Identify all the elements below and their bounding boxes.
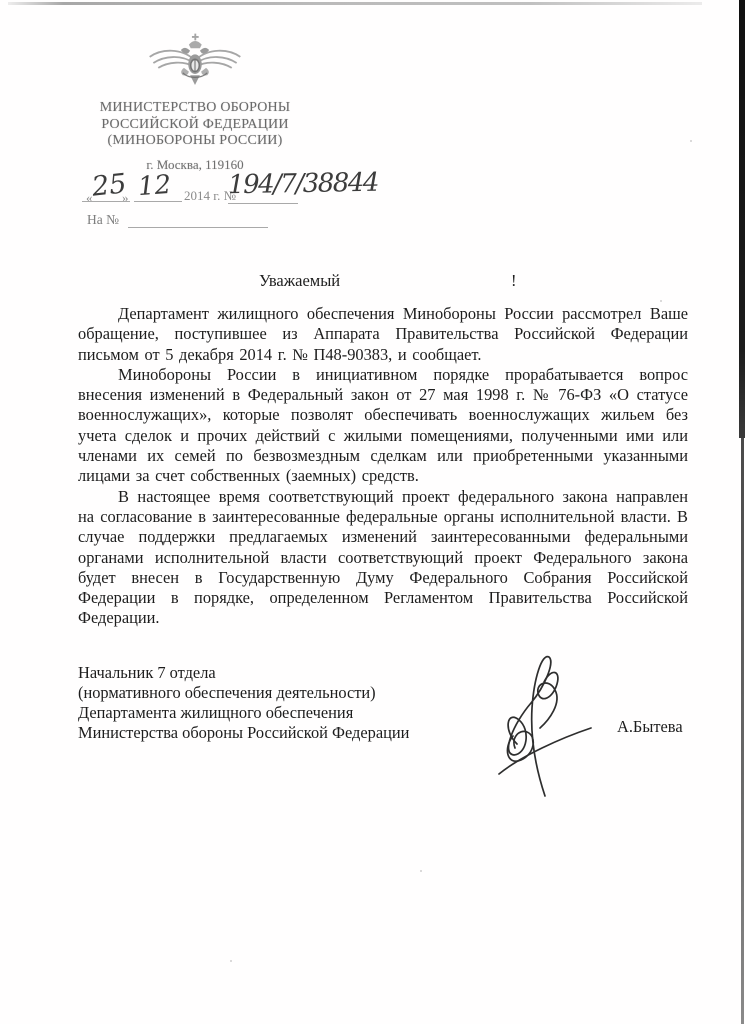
position-line4: Министерства обороны Российской Федераци… [78,723,478,743]
position-line2: (нормативного обеспечения деятельности) [78,683,478,703]
scan-speck [660,300,662,302]
scan-speck [230,960,232,962]
salutation-greeting: Уважаемый [259,271,340,291]
signatory-name: А.Бытева [617,717,683,737]
paragraph-1: Департамент жилищного обеспечения Минобо… [78,304,688,365]
scanned-letter-page: МИНИСТЕРСТВО ОБОРОНЫ РОССИЙСКОЙ ФЕДЕРАЦИ… [0,0,745,1024]
scan-edge-right-strip [739,0,745,438]
reference-underline [128,226,268,228]
position-line1: Начальник 7 отдела [78,663,478,683]
letterhead-org-name: МИНИСТЕРСТВО ОБОРОНЫ РОССИЙСКОЙ ФЕДЕРАЦИ… [63,100,327,150]
scan-speck [690,140,692,142]
handwritten-signature-icon [487,648,605,806]
salutation-line: Уважаемый ! [0,271,745,295]
org-name-line1: МИНИСТЕРСТВО ОБОРОНЫ [63,100,327,117]
position-line3: Департамента жилищного обеспечения [78,703,478,723]
paragraph-3: В настоящее время соответствующий проект… [78,487,688,629]
date-number-line: « 25 » 12 2014 г. № 194/7/38844 [0,170,420,210]
scan-speck [420,870,422,872]
scan-edge-right-thin-line [741,438,744,1024]
handwritten-document-number: 194/7/38844 [228,168,378,201]
salutation-exclamation: ! [511,271,517,291]
document-number-underline [228,202,298,204]
letter-body: Департамент жилищного обеспечения Минобо… [78,304,688,629]
paragraph-2: Минобороны России в инициативном порядке… [78,365,688,487]
date-month-underline [134,200,182,202]
scan-edge-top-line [8,2,702,5]
reference-label: На № [87,212,119,228]
date-quote-open: « [86,190,93,206]
signature-position-block: Начальник 7 отдела (нормативного обеспеч… [78,663,478,743]
date-quote-close: » [122,190,129,206]
handwritten-month: 12 [137,170,172,202]
reference-line: На № [0,212,420,234]
mod-double-headed-eagle-icon [146,32,244,94]
date-day-underline [82,200,130,202]
org-name-line2: РОССИЙСКОЙ ФЕДЕРАЦИИ [63,117,327,134]
org-name-line3: (МИНОБОРОНЫ РОССИИ) [63,133,327,150]
